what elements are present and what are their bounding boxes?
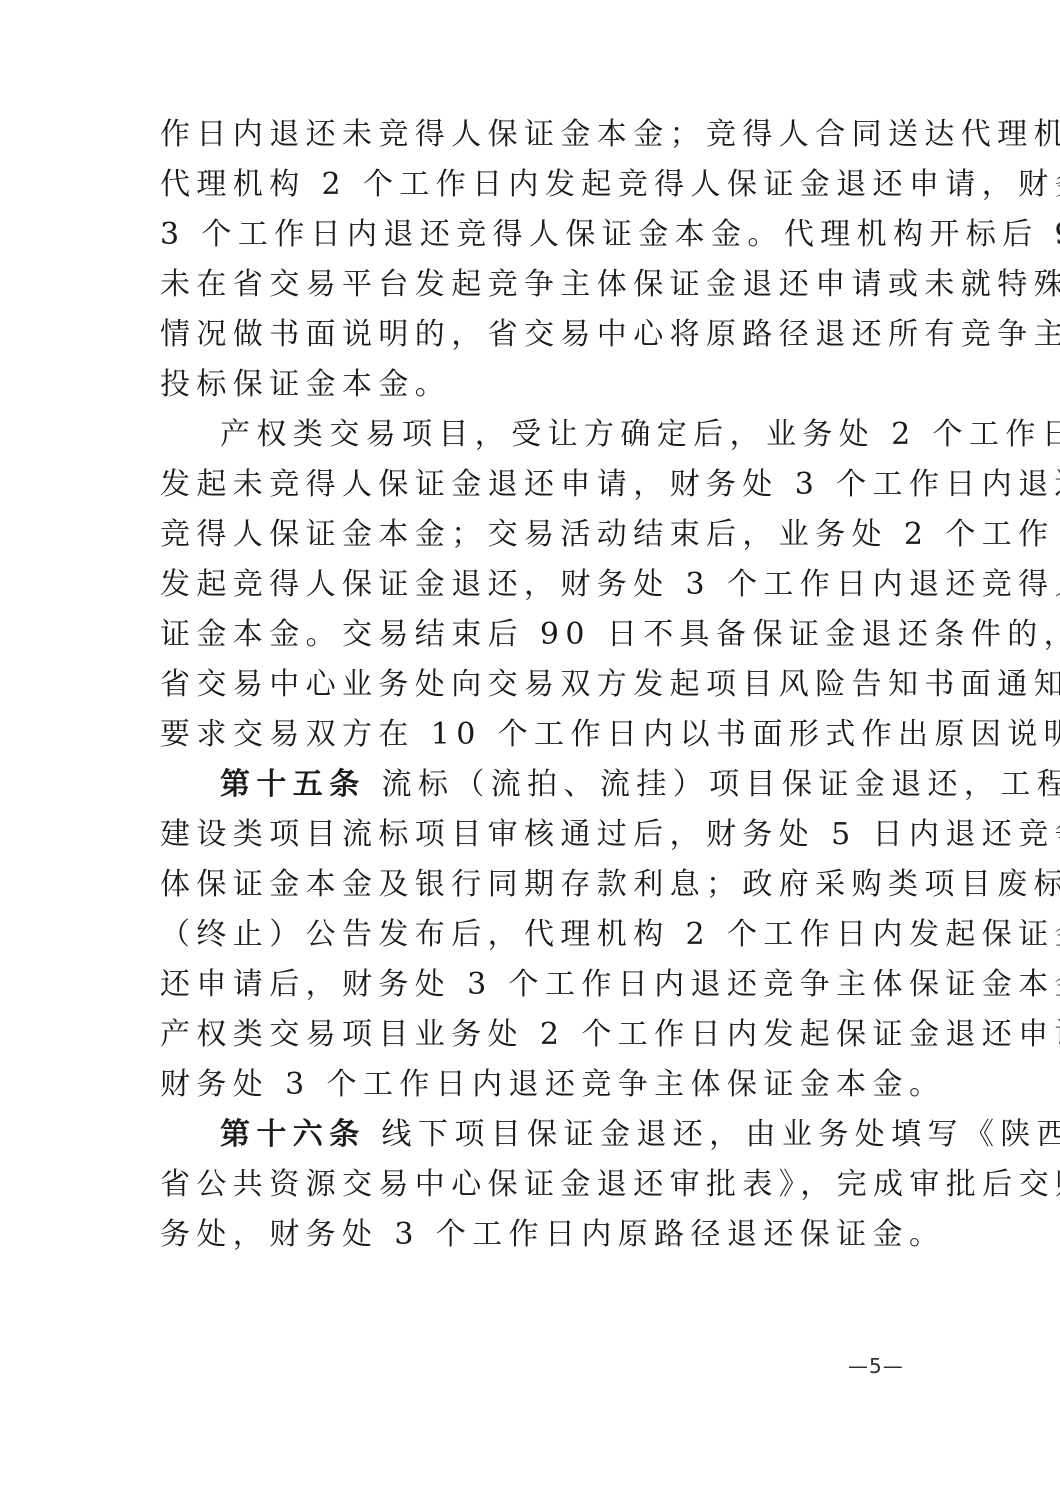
article-heading: 第十六条: [220, 1117, 366, 1152]
text-line: 体保证金本金及银行同期存款利息；政府采购类项目废标: [160, 860, 905, 910]
text-line: 财务处 3 个工作日内退还竞争主体保证金本金。: [160, 1060, 905, 1110]
page-number: —5—: [848, 1354, 904, 1378]
text-line: 第十六条 线下项目保证金退还，由业务处填写《陕西: [160, 1110, 905, 1160]
text-line: 竞得人保证金本金；交易活动结束后，业务处 2 个工作日内: [160, 510, 905, 560]
text-line: 产权类交易项目业务处 2 个工作日内发起保证金退还申请后，: [160, 1010, 905, 1060]
text-line: 第十五条 流标（流拍、流挂）项目保证金退还，工程: [160, 760, 905, 810]
text-line: 代理机构 2 个工作日内发起竞得人保证金退还申请，财务处: [160, 160, 905, 210]
article-15: 第十五条 流标（流拍、流挂）项目保证金退还，工程 建设类项目流标项目审核通过后，…: [160, 760, 905, 1110]
text-line: 产权类交易项目，受让方确定后，业务处 2 个工作日内: [160, 410, 905, 460]
article-text: 线下项目保证金退还，由业务处填写《陕西: [366, 1117, 1060, 1152]
text-line: 未在省交易平台发起竞争主体保证金退还申请或未就特殊: [160, 260, 905, 310]
text-line: 还申请后，财务处 3 个工作日内退还竞争主体保证金本金；: [160, 960, 905, 1010]
text-line: 省公共资源交易中心保证金退还审批表》，完成审批后交财: [160, 1160, 905, 1210]
article-heading: 第十五条: [220, 767, 366, 802]
text-line: 发起竞得人保证金退还，财务处 3 个工作日内退还竞得人保: [160, 560, 905, 610]
text-line: 建设类项目流标项目审核通过后，财务处 5 日内退还竞争主: [160, 810, 905, 860]
article-text: 流标（流拍、流挂）项目保证金退还，工程: [366, 767, 1060, 802]
text-line: 投标保证金本金。: [160, 360, 905, 410]
text-line: 3 个工作日内退还竞得人保证金本金。代理机构开标后 90 日: [160, 210, 905, 260]
text-line: 要求交易双方在 10 个工作日内以书面形式作出原因说明。: [160, 710, 905, 760]
text-line: 省交易中心业务处向交易双方发起项目风险告知书面通知，: [160, 660, 905, 710]
document-page: 作日内退还未竞得人保证金本金；竞得人合同送达代理机构， 代理机构 2 个工作日内…: [160, 110, 905, 1260]
text-line: 务处，财务处 3 个工作日内原路径退还保证金。: [160, 1210, 905, 1260]
paragraph-continued: 作日内退还未竞得人保证金本金；竞得人合同送达代理机构， 代理机构 2 个工作日内…: [160, 110, 905, 410]
text-line: 作日内退还未竞得人保证金本金；竞得人合同送达代理机构，: [160, 110, 905, 160]
text-line: 情况做书面说明的，省交易中心将原路径退还所有竞争主体: [160, 310, 905, 360]
text-line: （终止）公告发布后，代理机构 2 个工作日内发起保证金退: [160, 910, 905, 960]
paragraph-property-rights: 产权类交易项目，受让方确定后，业务处 2 个工作日内 发起未竞得人保证金退还申请…: [160, 410, 905, 760]
text-line: 证金本金。交易结束后 90 日不具备保证金退还条件的，由: [160, 610, 905, 660]
text-line: 发起未竞得人保证金退还申请，财务处 3 个工作日内退还未: [160, 460, 905, 510]
article-16: 第十六条 线下项目保证金退还，由业务处填写《陕西 省公共资源交易中心保证金退还审…: [160, 1110, 905, 1260]
